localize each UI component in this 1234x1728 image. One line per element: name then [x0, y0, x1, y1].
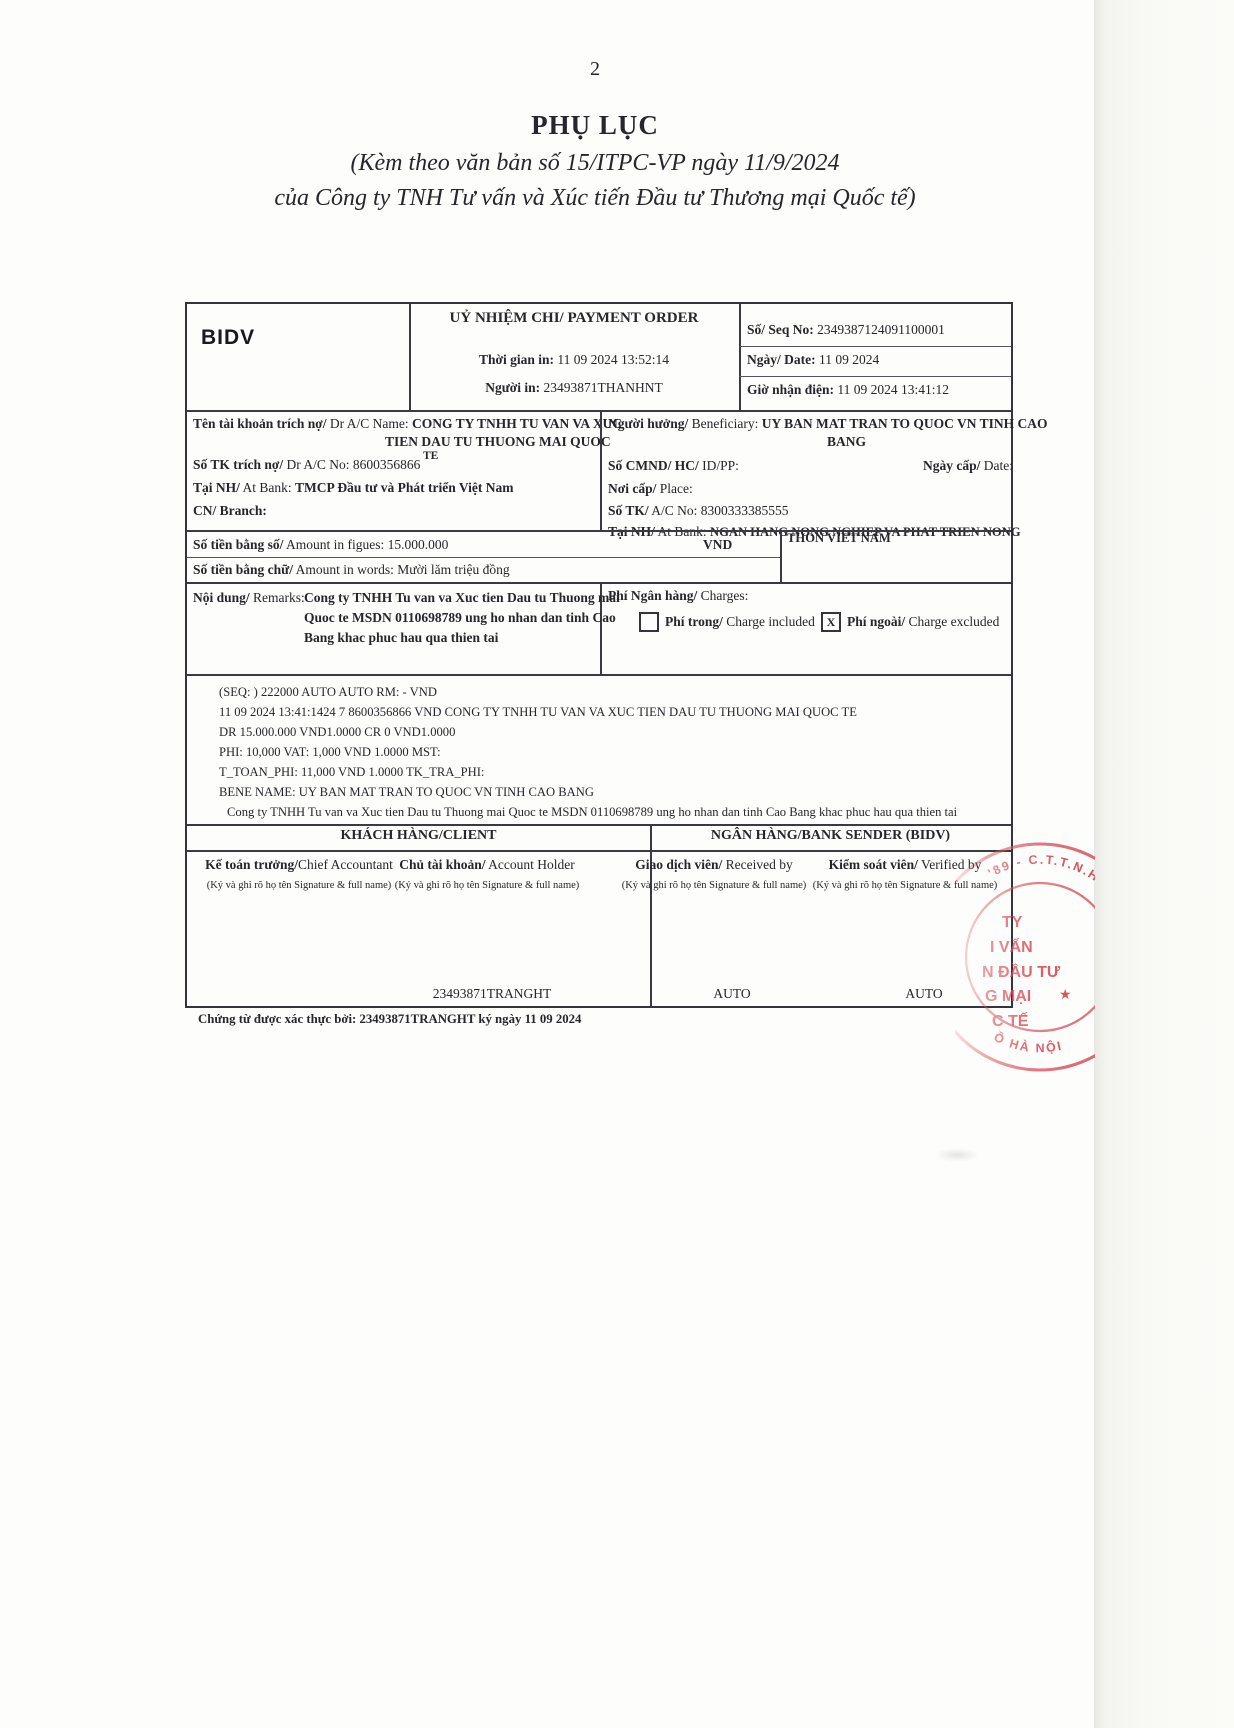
debit-account-label-en: Dr A/C No:	[283, 457, 353, 472]
beneficiary-id-label: Số CMND/ HC/	[608, 458, 699, 473]
client-signature-value: 23493871TRANGHT	[433, 986, 552, 1002]
charge-included-label-group: Phí trong/ Charge included	[665, 614, 815, 630]
sign-note: (Ký và ghi rõ họ tên Signature & full na…	[395, 880, 580, 891]
form-title: UỶ NHIỆM CHI/ PAYMENT ORDER	[409, 310, 739, 327]
sig-title-received-by: Giao dịch viên/ Received by	[635, 857, 793, 873]
divider	[187, 824, 1011, 826]
sig-title-vi: Giao dịch viên/	[635, 857, 722, 872]
issue-date-label-en: Date:	[980, 458, 1013, 473]
issue-date-label: Ngày cấp/	[923, 458, 980, 473]
appendix-subtitle-2: của Công ty TNH Tư vấn và Xúc tiến Đầu t…	[0, 185, 1190, 212]
divider	[739, 346, 1011, 347]
beneficiary-account-value: 8300333385555	[701, 503, 789, 518]
remarks-label-en: Remarks:	[250, 590, 305, 605]
debit-name: Tên tài khoản trích nợ/ Dr A/C Name: CON…	[193, 416, 622, 432]
divider	[187, 410, 1011, 412]
remarks-label-group: Nội dung/ Remarks:	[193, 590, 305, 606]
amount-figures-value: 15.000.000	[388, 537, 449, 552]
amount-words-label: Số tiền bằng chữ/	[193, 562, 293, 577]
sign-note: (Ký và ghi rõ họ tên Signature & full na…	[207, 880, 392, 891]
amount-words-value: Mười lăm triệu đồng	[397, 562, 509, 577]
amount-words-label-en: Amount in words:	[293, 562, 397, 577]
company-stamp-graphic: '89 - C.T.T.N.H.H Ồ HÀ NỘI TY I VẤN N ĐẦ…	[955, 835, 1095, 1073]
scan-noise	[935, 1148, 979, 1162]
divider	[187, 850, 1011, 852]
sign-note: (Ký và ghi rõ họ tên Signature & full na…	[622, 880, 807, 891]
debit-name-value-3: TE	[423, 450, 438, 462]
charges-label: Phí Ngân hàng/	[608, 588, 697, 603]
print-time-label: Thời gian in:	[479, 352, 554, 367]
scan-edge-band	[1094, 0, 1234, 1728]
stamp-line-3: N ĐẦU TƯ	[982, 962, 1061, 981]
svg-text:Ồ HÀ NỘI: Ồ HÀ NỘI	[992, 1029, 1065, 1055]
stamp-star-icon: ★	[1059, 988, 1072, 1003]
sig-title-vi: Kế toán trưởng/	[205, 857, 298, 872]
beneficiary-account-label: Số TK/	[608, 503, 649, 518]
processing-line: PHI: 10,000 VAT: 1,000 VND 1.0000 MST:	[219, 745, 441, 760]
charge-included-label-en: Charge included	[723, 614, 815, 629]
beneficiary-account-label-en: A/C No:	[649, 503, 701, 518]
receive-time-value: 11 09 2024 13:41:12	[834, 382, 949, 397]
issue-date: Ngày cấp/ Date:	[923, 458, 1013, 474]
processing-line: Cong ty TNHH Tu van va Xuc tien Dau tu T…	[227, 805, 957, 820]
remarks-value-2: Quoc te MSDN 0110698789 ung ho nhan dan …	[304, 610, 616, 626]
stamp-line-2: I VẤN	[990, 937, 1033, 956]
appendix-subtitle-1: (Kèm theo văn bản số 15/ITPC-VP ngày 11/…	[0, 150, 1190, 177]
order-date-value: 11 09 2024	[816, 352, 880, 367]
divider	[187, 582, 1011, 584]
debit-account-label: Số TK trích nợ/	[193, 457, 283, 472]
printed-by: Người in: 23493871THANHNT	[409, 380, 739, 396]
remarks-label: Nội dung/	[193, 590, 250, 605]
charge-included-checkbox	[639, 612, 659, 632]
issue-place-label: Nơi cấp/	[608, 481, 656, 496]
beneficiary-name: Người hưởng/ Beneficiary: UY BAN MAT TRA…	[608, 416, 1048, 432]
sig-title-en: Received by	[722, 857, 792, 872]
page-number: 2	[0, 58, 1190, 81]
seq-no-label: Số/ Seq No:	[747, 322, 814, 337]
print-time-value: 11 09 2024 13:52:14	[554, 352, 669, 367]
remarks-value-1: Cong ty TNHH Tu van va Xuc tien Dau tu T…	[304, 590, 620, 606]
amount-currency: VND	[703, 537, 732, 553]
divider	[739, 376, 1011, 377]
divider	[187, 530, 1011, 532]
debit-name-label: Tên tài khoản trích nợ/	[193, 416, 327, 431]
divider	[780, 530, 782, 584]
divider	[650, 824, 652, 1006]
beneficiary-name-label-en: Beneficiary:	[688, 416, 761, 431]
verified-by-value: AUTO	[905, 986, 942, 1002]
processing-line: 11 09 2024 13:41:1424 7 8600356866 VND C…	[219, 705, 857, 720]
sig-title-vi: Chủ tài khoản/	[399, 857, 485, 872]
svg-text:'89 - C.T.T.N.H.H: '89 - C.T.T.N.H.H	[986, 853, 1095, 896]
sig-title-en: Account Holder	[486, 857, 575, 872]
charges-label-en: Charges:	[697, 588, 748, 603]
debit-name-value: CONG TY TNHH TU VAN VA XUC	[412, 416, 622, 431]
bidv-logo: BIDV	[201, 326, 255, 350]
print-time: Thời gian in: 11 09 2024 13:52:14	[409, 352, 739, 368]
seq-no: Số/ Seq No: 2349387124091100001	[747, 322, 945, 338]
printed-by-label: Người in:	[485, 380, 540, 395]
charge-excluded-checkbox: X	[821, 612, 841, 632]
processing-line: BENE NAME: UY BAN MAT TRAN TO QUOC VN TI…	[219, 785, 594, 800]
amount-words: Số tiền bằng chữ/ Amount in words: Mười …	[193, 562, 510, 578]
amount-figures-label: Số tiền bằng số/	[193, 537, 283, 552]
beneficiary-id-label-en: ID/PP:	[699, 458, 739, 473]
charge-excluded-label: Phí ngoài/	[847, 614, 905, 629]
order-date: Ngày/ Date: 11 09 2024	[747, 352, 879, 368]
processing-line: (SEQ: ) 222000 AUTO AUTO RM: - VND	[219, 685, 437, 700]
debit-branch-label: CN/ Branch:	[193, 503, 267, 519]
debit-bank-label-en: At Bank:	[240, 480, 295, 495]
divider	[739, 304, 741, 410]
amount-figures: Số tiền bằng số/ Amount in figues: 15.00…	[193, 537, 448, 553]
issue-place: Nơi cấp/ Place:	[608, 481, 693, 497]
beneficiary-account: Số TK/ A/C No: 8300333385555	[608, 503, 789, 519]
appendix-title: PHỤ LỤC	[0, 110, 1190, 141]
divider	[187, 674, 1011, 676]
charge-excluded-label-en: Charge excluded	[905, 614, 999, 629]
remarks-value-3: Bang khac phuc hau qua thien tai	[304, 630, 498, 646]
payment-order-form: BIDV UỶ NHIỆM CHI/ PAYMENT ORDER Thời gi…	[185, 302, 1013, 1008]
debit-bank-label: Tại NH/	[193, 480, 240, 495]
charge-excluded-label-group: Phí ngoài/ Charge excluded	[847, 614, 999, 630]
beneficiary-id: Số CMND/ HC/ ID/PP:	[608, 458, 739, 474]
debit-bank-value: TMCP Đầu tư và Phát triển Việt Nam	[295, 480, 513, 495]
client-header: KHÁCH HÀNG/CLIENT	[187, 828, 650, 844]
sig-title-chief-accountant: Kế toán trưởng/Chief Accountant	[205, 857, 393, 873]
stamp-line-1: TY	[1002, 914, 1023, 931]
debit-name-label-en: Dr A/C Name:	[327, 416, 413, 431]
divider	[600, 410, 602, 530]
scanned-document-page: 2 PHỤ LỤC (Kèm theo văn bản số 15/ITPC-V…	[0, 0, 1234, 1728]
processing-line: T_TOAN_PHI: 11,000 VND 1.0000 TK_TRA_PHI…	[219, 765, 484, 780]
issue-place-label-en: Place:	[656, 481, 692, 496]
debit-bank: Tại NH/ At Bank: TMCP Đầu tư và Phát tri…	[193, 480, 513, 496]
printed-by-value: 23493871THANHNT	[540, 380, 663, 395]
verification-note: Chứng từ được xác thực bởi: 23493871TRAN…	[198, 1012, 581, 1027]
debit-account: Số TK trích nợ/ Dr A/C No: 8600356866	[193, 457, 420, 473]
divider	[187, 557, 780, 558]
stamp-arc-top-text: '89 - C.T.T.N.H.H	[986, 853, 1095, 896]
beneficiary-name-label: Người hưởng/	[608, 416, 688, 431]
sig-title-account-holder: Chủ tài khoản/ Account Holder	[399, 857, 575, 873]
stamp-line-5: C TẾ	[992, 1011, 1029, 1030]
charges-label-group: Phí Ngân hàng/ Charges:	[608, 588, 748, 604]
debit-name-value-2: TIEN DAU TU THUONG MAI QUOC	[385, 434, 611, 450]
receive-time: Giờ nhận điện: 11 09 2024 13:41:12	[747, 382, 949, 398]
stamp-line-4: G MẠI	[985, 988, 1031, 1005]
sig-title-vi: Kiểm soát viên/	[829, 857, 918, 872]
charge-included-label: Phí trong/	[665, 614, 723, 629]
company-stamp: '89 - C.T.T.N.H.H Ồ HÀ NỘI TY I VẤN N ĐẦ…	[955, 835, 1095, 1073]
beneficiary-name-value-2: BANG	[827, 434, 866, 450]
sig-title-en: Chief Accountant	[298, 857, 393, 872]
stamp-arc-bottom-text: Ồ HÀ NỘI	[992, 1029, 1065, 1055]
seq-no-value: 2349387124091100001	[814, 322, 945, 337]
received-by-value: AUTO	[713, 986, 750, 1002]
beneficiary-name-value: UY BAN MAT TRAN TO QUOC VN TINH CAO	[762, 416, 1048, 431]
receive-time-label: Giờ nhận điện:	[747, 382, 834, 397]
processing-line: DR 15.000.000 VND1.0000 CR 0 VND1.0000	[219, 725, 455, 740]
amount-figures-label-en: Amount in figues:	[283, 537, 387, 552]
debit-account-value: 8600356866	[353, 457, 421, 472]
beneficiary-bank-value-2: THON VIET NAM	[787, 531, 891, 546]
order-date-label: Ngày/ Date:	[747, 352, 816, 367]
